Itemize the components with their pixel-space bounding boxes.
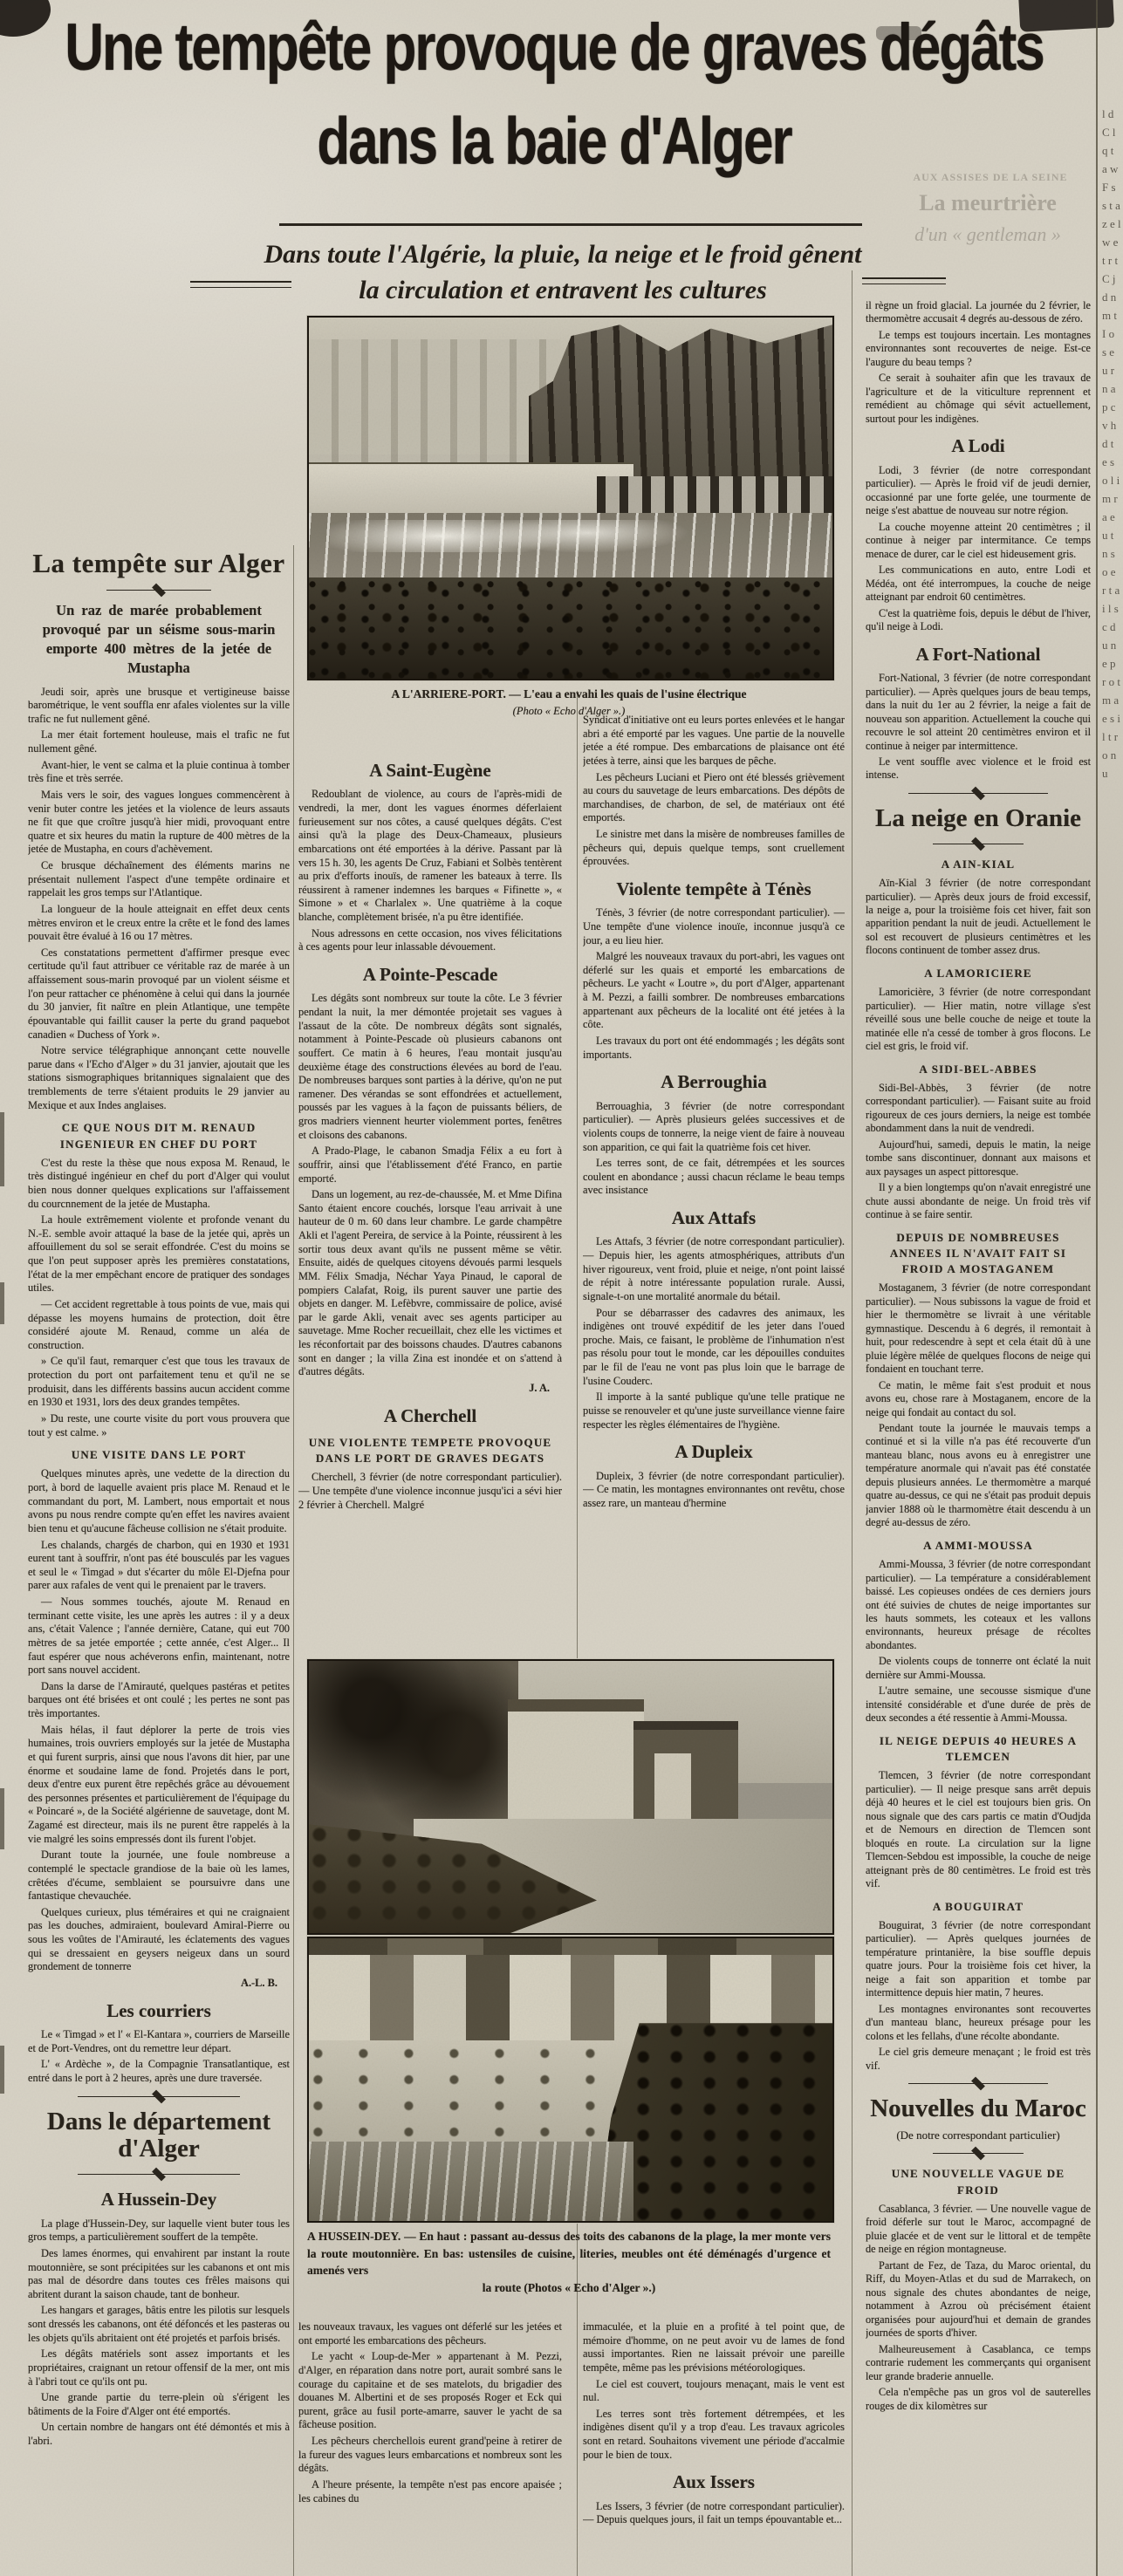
article-paragraph: il règne un froid glacial. La journée du… bbox=[866, 299, 1091, 326]
decorative-rule bbox=[106, 585, 211, 595]
page-edge-rule bbox=[1096, 0, 1098, 2576]
subheadline: Dans toute l'Algérie, la pluie, la neige… bbox=[122, 237, 1003, 308]
section-heading: A Lodi bbox=[866, 434, 1091, 457]
article-paragraph: Redoublant de violence, au cours de l'ap… bbox=[298, 788, 562, 924]
article-paragraph: Le ciel est couvert, toujours menaçant, … bbox=[583, 2378, 845, 2405]
article-paragraph: Le yacht « Loup-de-Mer » appartenant à M… bbox=[298, 2350, 562, 2432]
article-paragraph: Quelques curieux, plus téméraires et qui… bbox=[28, 1906, 290, 1974]
article-paragraph: Bouguirat, 3 février (de notre correspon… bbox=[866, 1919, 1091, 2000]
article-paragraph: Les terres sont, de ce fait, détrempées … bbox=[583, 1157, 845, 1198]
article-paragraph: Pour se débarrasser des cadavres des ani… bbox=[583, 1307, 845, 1389]
article-paragraph: Avant-hier, le vent se calma et la pluie… bbox=[28, 759, 290, 786]
article-paragraph: Nous adressons en cette occasion, nos vi… bbox=[298, 927, 562, 954]
section-heading: A Hussein-Dey bbox=[28, 2188, 290, 2210]
display-heading: La neige en Oranie bbox=[866, 805, 1091, 833]
margin-mark bbox=[0, 2046, 4, 2094]
article-paragraph: La plage d'Hussein-Dey, sur laquelle vie… bbox=[28, 2217, 290, 2245]
article-paragraph: Les Attafs, 3 février (de notre correspo… bbox=[583, 1235, 845, 1303]
article-paragraph: La mer était fortement houleuse, mais el… bbox=[28, 728, 290, 755]
article-paragraph: Notre service télégraphique annonçant ce… bbox=[28, 1044, 290, 1112]
column-4: il règne un froid glacial. La journée du… bbox=[866, 299, 1091, 2576]
correspondent-note: (De notre correspondant particulier) bbox=[866, 2128, 1091, 2142]
ghost-text-assises: AUX ASSISES DE LA SEINE bbox=[890, 171, 1091, 184]
caption-credit: (Photo « Echo d'Alger ».) bbox=[307, 703, 831, 719]
article-paragraph: Les montagnes environantes sont recouver… bbox=[866, 2003, 1091, 2043]
article-paragraph: L' « Ardèche », de la Compagnie Transatl… bbox=[28, 2058, 290, 2085]
caption-text: A L'ARRIERE-PORT. — L'eau a envahi les q… bbox=[307, 686, 831, 703]
display-heading: Dans le département d'Alger bbox=[28, 2108, 290, 2164]
article-paragraph: De violents coups de tonnerre ont éclaté… bbox=[866, 1655, 1091, 1682]
photo-hussein-dey-bottom bbox=[307, 1937, 834, 2223]
decorative-rule bbox=[933, 839, 1023, 849]
article-paragraph: Tlemcen, 3 février (de notre corresponda… bbox=[866, 1769, 1091, 1890]
article-paragraph: Les hangars et garages, bâtis entre les … bbox=[28, 2304, 290, 2345]
article-paragraph: C'est la quatrième fois, depuis le début… bbox=[866, 607, 1091, 634]
article-paragraph: Syndicat d'initiative ont eu leurs porte… bbox=[583, 714, 845, 769]
sub-heading: A AIN-KIAL bbox=[871, 857, 1085, 872]
byline-signature: A.-L. B. bbox=[28, 1977, 290, 1991]
ghost-text-meurtriere: La meurtrière bbox=[883, 190, 1092, 216]
article-paragraph: Les dégâts matériels sont assez importan… bbox=[28, 2347, 290, 2388]
article-paragraph: Aïn-Kial 3 février (de notre corresponda… bbox=[866, 877, 1091, 958]
article-paragraph: — Nous sommes touchés, ajoute M. Renaud … bbox=[28, 1595, 290, 1677]
article-paragraph: Le ciel gris demeure menaçant ; le froid… bbox=[866, 2046, 1091, 2073]
headline-line2: dans la baie d'Alger bbox=[17, 109, 1091, 175]
article-paragraph: Les Issers, 3 février (de notre correspo… bbox=[583, 2500, 845, 2527]
sub-heading: IL NEIGE DEPUIS 40 HEURES A TLEMCEN bbox=[871, 1733, 1085, 1765]
article-paragraph: Casablanca, 3 février. — Une nouvelle va… bbox=[866, 2203, 1091, 2257]
ghost-text-gentleman: d'un « gentleman » bbox=[883, 223, 1092, 246]
article-paragraph: Pendant toute la journée le mauvais temp… bbox=[866, 1422, 1091, 1530]
article-paragraph: Les pêcheurs Luciani et Piero ont été bl… bbox=[583, 771, 845, 826]
section-heading: A Dupleix bbox=[583, 1440, 845, 1463]
decorative-rule bbox=[933, 2149, 1023, 2158]
section-heading: Violente tempête à Ténès bbox=[583, 878, 845, 900]
article-paragraph: Les chalands, chargés de charbon, qui en… bbox=[28, 1539, 290, 1594]
article-paragraph: La couche moyenne atteint 20 centimètres… bbox=[866, 521, 1091, 561]
column-3-lower: immaculée, et la pluie en a profité à te… bbox=[583, 2320, 845, 2576]
column-1: La tempête sur AlgerUn raz de marée prob… bbox=[28, 548, 290, 2576]
article-paragraph: Berrouaghia, 3 février (de notre corresp… bbox=[583, 1100, 845, 1155]
decorative-rule bbox=[78, 2169, 240, 2179]
section-heading: A Fort-National bbox=[866, 643, 1091, 666]
article-paragraph: Ce brusque déchaînement des éléments mar… bbox=[28, 859, 290, 900]
column-3-upper: Syndicat d'initiative ont eu leurs porte… bbox=[583, 714, 845, 1657]
caption-credit: la route (Photos « Echo d'Alger ».) bbox=[307, 2279, 831, 2297]
article-paragraph: Mostaganem, 3 février (de notre correspo… bbox=[866, 1281, 1091, 1376]
photo-caption-arriere-port: A L'ARRIERE-PORT. — L'eau a envahi les q… bbox=[307, 686, 831, 719]
article-paragraph: Les terres sont très fortement détrempée… bbox=[583, 2408, 845, 2463]
section-heading: A Pointe-Pescade bbox=[298, 963, 562, 986]
sub-heading: UNE VIOLENTE TEMPETE PROVOQUE DANS LE PO… bbox=[304, 1435, 557, 1466]
article-paragraph: La houle extrêmement violente et profond… bbox=[28, 1213, 290, 1295]
article-paragraph: C'est du reste la thèse que nous exposa … bbox=[28, 1157, 290, 1212]
byline-signature: J. A. bbox=[298, 1382, 562, 1396]
article-paragraph: — Cet accident regrettable à tous points… bbox=[28, 1298, 290, 1353]
article-paragraph: Dans un logement, au rez-de-chaussée, M.… bbox=[298, 1188, 562, 1379]
article-paragraph: les nouveaux travaux, les vagues ont déf… bbox=[298, 2320, 562, 2347]
article-paragraph: Le « Timgad » et l' « El-Kantara », cour… bbox=[28, 2028, 290, 2055]
article-paragraph: » Ce qu'il faut, remarquer c'est que tou… bbox=[28, 1355, 290, 1410]
cut-off-column-fragments: l d C l q t a w F s s t a z e l w e t r … bbox=[1102, 105, 1121, 2573]
section-heading: Aux Issers bbox=[583, 2470, 845, 2493]
section-heading: A Saint-Eugène bbox=[298, 759, 562, 782]
article-paragraph: Ténès, 3 février (de notre correspondant… bbox=[583, 906, 845, 947]
article-paragraph: Fort-National, 3 février (de notre corre… bbox=[866, 672, 1091, 753]
column-2-lower: les nouveaux travaux, les vagues ont déf… bbox=[298, 2320, 562, 2576]
sub-heading: A AMMI-MOUSSA bbox=[871, 1538, 1085, 1554]
article-paragraph: Ces constatations permettent d'affirmer … bbox=[28, 946, 290, 1042]
article-paragraph: » Du reste, une courte visite du port vo… bbox=[28, 1412, 290, 1439]
article-paragraph: Ammi-Moussa, 3 février (de notre corresp… bbox=[866, 1558, 1091, 1652]
article-paragraph: Les travaux du port ont été endommagés ;… bbox=[583, 1035, 845, 1062]
margin-mark bbox=[0, 1112, 4, 1186]
article-paragraph: Mais vers le soir, des vagues longues co… bbox=[28, 789, 290, 857]
section-heading: Les courriers bbox=[28, 1999, 290, 2022]
column-rule bbox=[852, 270, 853, 2576]
sub-heading: A BOUGUIRAT bbox=[871, 1899, 1085, 1915]
main-headline: Une tempête provoque de graves dégâts da… bbox=[17, 16, 1091, 175]
article-heading: La tempête sur Alger bbox=[28, 550, 290, 578]
newspaper-page: { "colors": {"paper": "#d7d2c5", "ink": … bbox=[0, 0, 1123, 2576]
article-paragraph: Cela n'empêche pas un gros vol de sauter… bbox=[866, 2386, 1091, 2413]
article-paragraph: Quelques minutes après, une vedette de l… bbox=[28, 1467, 290, 1535]
article-lede: Un raz de marée probablement provoqué pa… bbox=[28, 601, 290, 679]
article-paragraph: Le vent souffle avec violence et le froi… bbox=[866, 755, 1091, 782]
section-heading: A Cherchell bbox=[298, 1404, 562, 1427]
sub-heading: DEPUIS DE NOMBREUSES ANNEES IL N'AVAIT F… bbox=[871, 1230, 1085, 1278]
article-paragraph: La longueur de la houle atteignait en ef… bbox=[28, 903, 290, 944]
article-paragraph: Dans la darse de l'Amirauté, quelques pa… bbox=[28, 1680, 290, 1721]
margin-mark bbox=[0, 1788, 4, 1849]
display-heading: Nouvelles du Maroc bbox=[866, 2095, 1091, 2123]
article-paragraph: Le temps est toujours incertain. Les mon… bbox=[866, 329, 1091, 369]
photo-caption-hussein-dey: A HUSSEIN-DEY. — En haut : passant au-de… bbox=[307, 2228, 831, 2296]
article-paragraph: Lamoricière, 3 février (de notre corresp… bbox=[866, 986, 1091, 1053]
article-paragraph: Une grande partie du terre-plein où s'ér… bbox=[28, 2391, 290, 2418]
article-paragraph: A l'heure présente, la tempête n'est pas… bbox=[298, 2478, 562, 2505]
article-paragraph: Il y a bien longtemps qu'on n'avait enre… bbox=[866, 1181, 1091, 1221]
article-paragraph: Sidi-Bel-Abbès, 3 février (de notre corr… bbox=[866, 1082, 1091, 1136]
article-paragraph: Cherchell, 3 février (de notre correspon… bbox=[298, 1471, 562, 1512]
column-rule bbox=[293, 545, 294, 2576]
article-paragraph: Durant toute la journée, une foule nombr… bbox=[28, 1848, 290, 1903]
article-paragraph: Malheureusement à Casablanca, ce temps c… bbox=[866, 2343, 1091, 2383]
article-paragraph: Les communications en auto, entre Lodi e… bbox=[866, 564, 1091, 604]
photo-arriere-port bbox=[307, 316, 834, 680]
decorative-rule bbox=[908, 2079, 1048, 2088]
article-paragraph: Des lames énormes, qui envahirent par in… bbox=[28, 2247, 290, 2302]
article-paragraph: Les dégâts sont nombreux sur toute la cô… bbox=[298, 992, 562, 1142]
subheadline-line1: Dans toute l'Algérie, la pluie, la neige… bbox=[122, 237, 1003, 273]
sub-heading: A LAMORICIERE bbox=[871, 966, 1085, 981]
double-rule bbox=[190, 281, 291, 288]
decorative-rule bbox=[908, 789, 1048, 798]
article-paragraph: Les pêcheurs cherchellois eurent grand'p… bbox=[298, 2435, 562, 2476]
article-paragraph: Lodi, 3 février (de notre correspondant … bbox=[866, 464, 1091, 518]
photo-hussein-dey-top bbox=[307, 1659, 834, 1935]
decorative-rule bbox=[78, 2092, 240, 2101]
article-paragraph: Ce matin, le même fait s'est produit et … bbox=[866, 1379, 1091, 1419]
article-paragraph: Dupleix, 3 février (de notre corresponda… bbox=[583, 1470, 845, 1511]
article-paragraph: Le sinistre met dans la misère de nombre… bbox=[583, 828, 845, 869]
headline-rule bbox=[279, 223, 862, 226]
article-paragraph: Ce serait à souhaiter afin que les trava… bbox=[866, 372, 1091, 426]
double-rule bbox=[862, 277, 946, 284]
article-paragraph: A Prado-Plage, le cabanon Smadja Félix a… bbox=[298, 1145, 562, 1186]
sub-heading: A SIDI-BEL-ABBES bbox=[871, 1062, 1085, 1077]
article-paragraph: Partant de Fez, de Taza, du Maroc orient… bbox=[866, 2259, 1091, 2340]
article-paragraph: L'autre semaine, une secousse sismique d… bbox=[866, 1684, 1091, 1725]
sub-heading: UNE VISITE DANS LE PORT bbox=[33, 1447, 284, 1463]
article-paragraph: Mais hélas, il faut déplorer la perte de… bbox=[28, 1724, 290, 1847]
section-heading: A Berroughia bbox=[583, 1070, 845, 1093]
headline-line1: Une tempête provoque de graves dégâts bbox=[17, 16, 1091, 82]
sub-heading: CE QUE NOUS DIT M. RENAUD INGENIEUR EN C… bbox=[33, 1120, 284, 1151]
article-paragraph: Un certain nombre de hangars ont été dém… bbox=[28, 2421, 290, 2448]
article-paragraph: Malgré les nouveaux travaux du port-abri… bbox=[583, 950, 845, 1032]
margin-mark bbox=[0, 1282, 4, 1324]
article-paragraph: Jeudi soir, après une brusque et vertigi… bbox=[28, 686, 290, 727]
sub-heading: UNE NOUVELLE VAGUE DE FROID bbox=[871, 2166, 1085, 2197]
article-paragraph: Il importe à la santé publique qu'une te… bbox=[583, 1390, 845, 1431]
article-paragraph: immaculée, et la pluie en a profité à te… bbox=[583, 2320, 845, 2375]
section-heading: Aux Attafs bbox=[583, 1206, 845, 1229]
article-paragraph: Aujourd'hui, samedi, depuis le matin, la… bbox=[866, 1138, 1091, 1179]
caption-text: A HUSSEIN-DEY. — En haut : passant au-de… bbox=[307, 2228, 831, 2279]
column-2-upper: A Saint-EugèneRedoublant de violence, au… bbox=[298, 750, 562, 1657]
